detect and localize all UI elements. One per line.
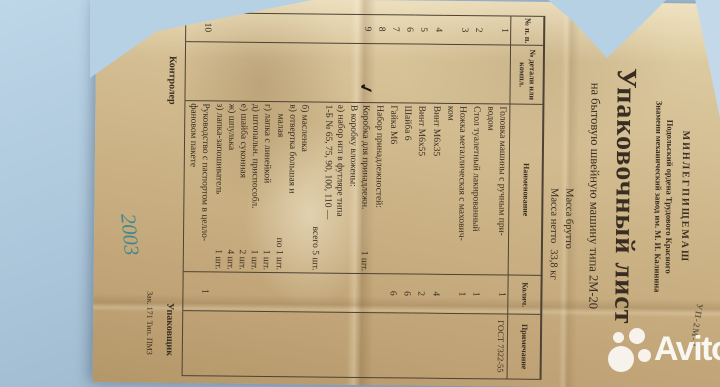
avito-watermark: Avito: [596, 322, 720, 384]
table-row: 3 Ножка металлическая с махович-ком 1: [440, 15, 470, 378]
table-header-row: № п. п. № детали или компл. Наименование…: [507, 16, 544, 379]
part-number-cell: [415, 44, 430, 103]
item-text-line: Набор принадлежностей:: [371, 105, 385, 271]
item-text-line: Головка машины с ручным при-: [495, 106, 509, 272]
item-text-line: ж) шпулька4 шт.: [224, 104, 238, 270]
part-number-cell: [429, 44, 444, 103]
item-text-line: малаяпо 1 шт.: [272, 104, 286, 270]
item-text-line: водом: [483, 106, 497, 272]
header-name: Наименование: [508, 104, 543, 275]
item-text-line: в) отвертка большая и: [284, 104, 298, 270]
avito-logo-icon: [629, 328, 645, 344]
name-cell: Стол туалетный лакированный: [467, 104, 483, 275]
name-cell: Руководство с паспортом в целло-фановом …: [184, 101, 213, 272]
item-text-line: Шайба 6: [400, 105, 414, 271]
item-text-line: ком: [442, 106, 456, 272]
qty-cell: 2: [412, 274, 427, 313]
table-body: 1 Головка машины с ручным при-водом 1 ГО…: [182, 13, 511, 379]
qty-cell: 1: [441, 274, 468, 313]
name-cell: Винт М6х55: [413, 103, 429, 274]
avito-logo-icon: [608, 346, 634, 372]
header-quantity: Колич.: [508, 275, 542, 314]
note-cell: [209, 311, 370, 378]
item-text-line: Ножка металлическая с махович-: [454, 106, 468, 272]
mass-net-value: 33,8 кг: [545, 249, 561, 280]
note-cell: [466, 314, 481, 379]
row-number-cell: 8: [373, 15, 387, 44]
avito-logo-icon: [613, 332, 624, 343]
mass-block: Масса брутто Масса нетто 33,8 кг: [544, 188, 576, 363]
note-cell: [383, 313, 398, 378]
packer-signature: 2003: [115, 212, 144, 256]
note-cell: [369, 313, 384, 378]
item-text-line: д) штопальн. приспособл.1 шт.: [248, 104, 262, 270]
part-number-cell: [212, 42, 373, 103]
note-cell: [440, 313, 467, 378]
photo-background: МИНЛЕГПИЩЕМАШ Подольский ордена Трудовог…: [0, 0, 720, 387]
signature-line: Контролер Упаковщик: [164, 56, 178, 356]
qty-cell: 1: [481, 275, 508, 314]
row-number-cell: 2: [470, 16, 484, 45]
item-text-line: Гайка М6: [386, 105, 400, 271]
qty-cell: 1: [183, 272, 210, 311]
qty-cell: 1: [467, 275, 482, 314]
parts-table: № п. п. № детали или компл. Наименование…: [182, 12, 546, 380]
row-number-cell: 1: [484, 16, 511, 45]
part-number-cell: [443, 44, 470, 103]
table-row: 1 Головка машины с ручным при-водом 1 ГО…: [481, 16, 512, 379]
note-cell: [412, 313, 427, 378]
item-text-line: Коробка для принадлежн.1 шт.: [357, 105, 371, 271]
row-number-cell: 3: [444, 15, 471, 44]
packer-label: Упаковщик: [164, 303, 176, 356]
print-run-note: Зак. 171 Тип. ПМЗ: [145, 10, 158, 355]
row-number-cell: 5: [415, 15, 429, 44]
part-number-cell: [483, 45, 510, 104]
controller-label: Контролер: [167, 56, 179, 105]
row-number-cell: 9: [213, 13, 373, 44]
item-text-line: Винт М6х55: [414, 106, 428, 272]
header-row-number: № п. п.: [511, 16, 545, 45]
note-cell: ГОСТ 7322-55: [481, 314, 508, 379]
name-cell: Шайба 6: [399, 103, 415, 274]
part-number-cell: [185, 42, 212, 101]
item-text-line: 1-Б № 65, 75, 90, 100, 110 —: [321, 105, 335, 271]
part-number-cell: [372, 44, 387, 103]
row-number-cell: 6: [401, 15, 415, 44]
mass-gross-label: Масса брутто: [560, 188, 576, 249]
qty-cell: [210, 272, 370, 313]
avito-wordmark: Avito: [654, 330, 720, 369]
table-row: 10 Руководство с паспортом в целло-фанов…: [182, 13, 213, 376]
row-number-cell: 4: [429, 15, 443, 44]
qty-cell: 6: [384, 274, 399, 313]
item-text-line: Стол туалетный лакированный: [469, 106, 483, 272]
avito-logo-icon: [638, 349, 651, 362]
item-text-line: а) набор игл в футляре типа: [333, 105, 347, 271]
note-cell: [182, 311, 209, 376]
mass-net-label: Масса нетто: [545, 188, 561, 243]
note-cell: [398, 313, 413, 378]
item-text-line: з) лапка-запошиватель1 шт.: [211, 103, 225, 269]
name-cell: Набор принадлежностей:: [370, 103, 386, 274]
item-text-line: фановом пакете: [185, 103, 199, 269]
header-note: Примечание: [507, 314, 541, 379]
row-number-cell: 7: [387, 15, 401, 44]
header-part-number: № детали или компл.: [510, 45, 544, 104]
item-text-line: е) шайба суконная2 шт.: [236, 104, 250, 270]
qty-cell: [370, 274, 385, 313]
note-cell: [426, 313, 441, 378]
item-text-line: В коробку вложены:: [345, 105, 359, 271]
qty-cell: 4: [427, 274, 442, 313]
name-cell: Гайка М6: [385, 103, 401, 274]
name-cell: Ножка металлическая с махович-ком: [441, 103, 469, 274]
item-text-line: всего 5 шт.: [309, 104, 323, 270]
part-number-cell: [401, 44, 416, 103]
item-text-line: Винт М6х35: [428, 106, 442, 272]
item-text-line: Руководство с паспортом в целло-: [197, 103, 211, 269]
part-number-cell: [469, 45, 484, 104]
name-cell: Коробка для принадлежн.1 шт.В коробку вл…: [210, 101, 372, 274]
qty-cell: 6: [398, 274, 413, 313]
name-cell: Головка машины с ручным при-водом: [482, 104, 511, 275]
name-cell: Винт М6х35: [427, 103, 443, 274]
table-row: 9 Коробка для принадлежн.1 шт.В коробку …: [209, 13, 373, 378]
row-number-cell: 10: [186, 13, 213, 42]
part-number-cell: [386, 44, 401, 103]
